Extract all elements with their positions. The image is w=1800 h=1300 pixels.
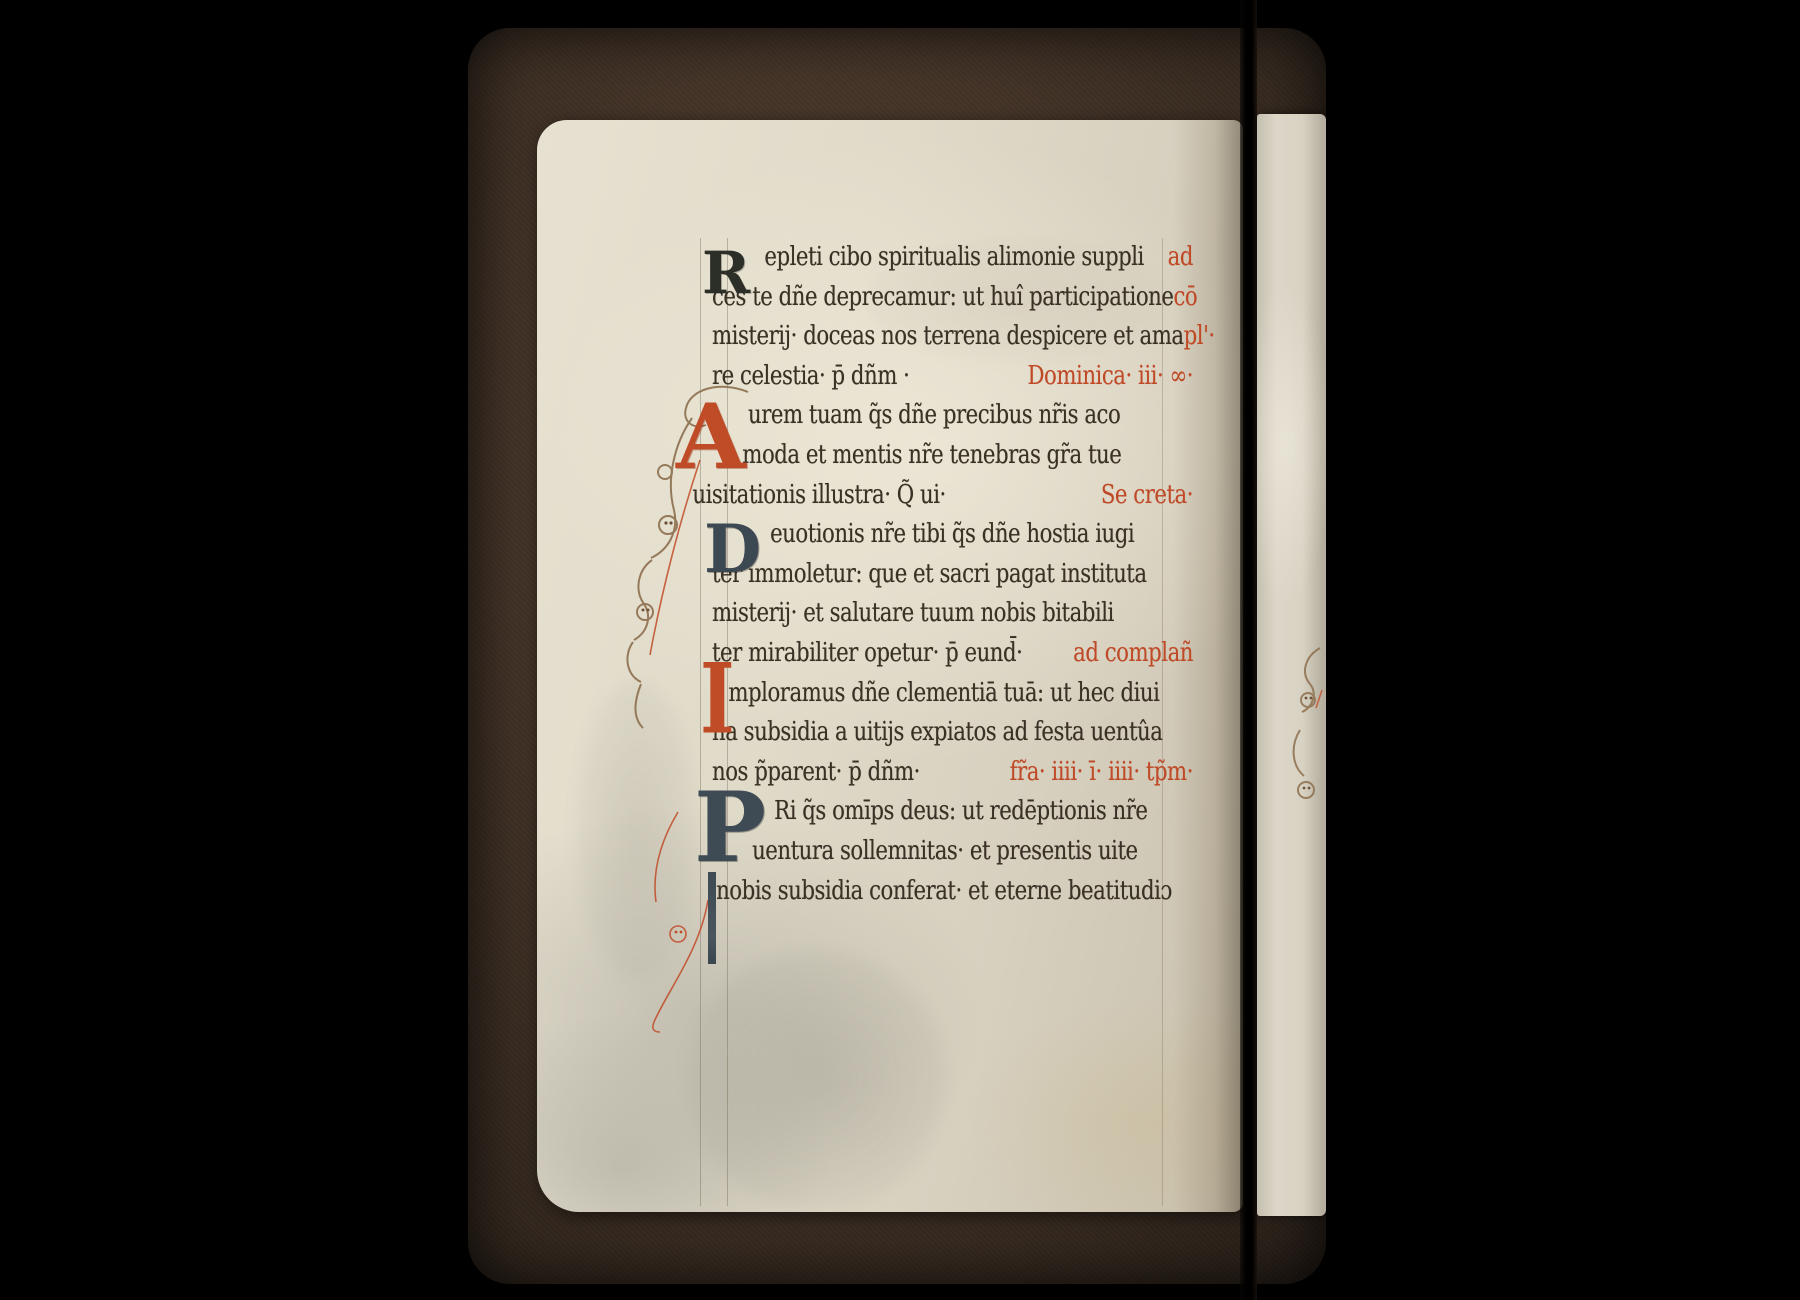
- facing-page-penwork: [0, 0, 1800, 1300]
- manuscript-photo: epleti cibo spiritualis alimonie supplia…: [0, 0, 1800, 1300]
